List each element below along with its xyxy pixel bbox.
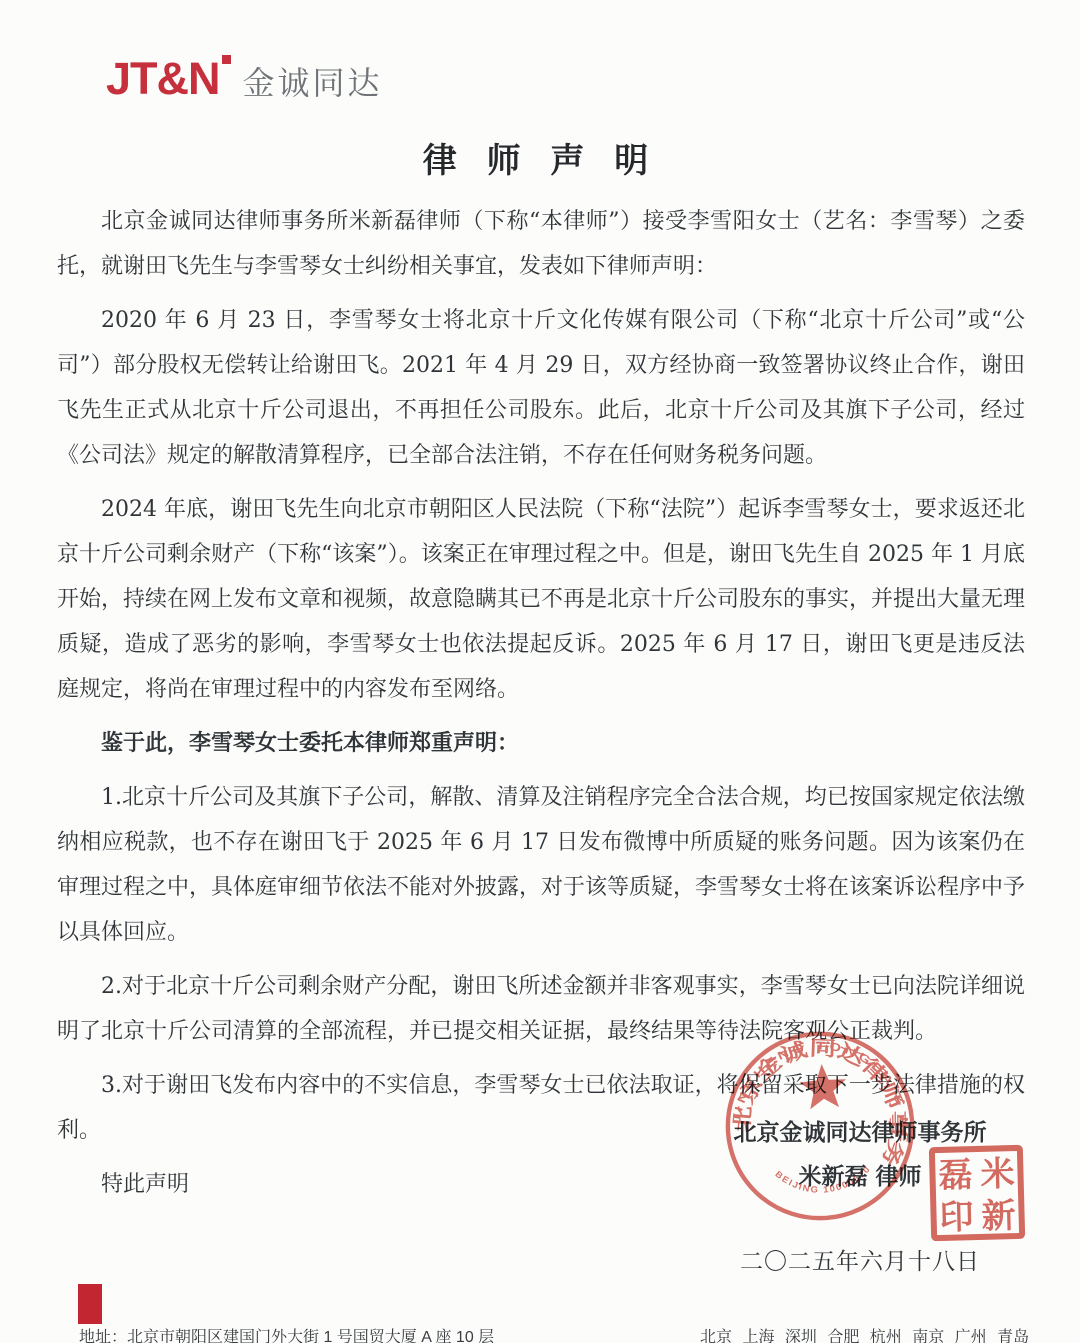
square-seal-char-bottom-left: 印 [939,1197,974,1238]
footer-address: 地址：北京市朝阳区建国门外大街 1 号国贸大厦 A 座 10 层 [79,1324,494,1343]
square-seal-char-bottom-right: 新 [981,1196,1016,1237]
statement-item-1: 1.北京十斤公司及其旗下子公司，解散、清算及注销程序完全合法合规，均已按国家规定… [57,775,1025,955]
signature-date: 二〇二五年六月十八日 [610,1243,1080,1276]
paragraph-background-1: 2020 年 6 月 23 日，李雪琴女士将北京十斤文化传媒有限公司（下称“北京… [57,298,1025,478]
logo-latin-text: JT&N [106,56,220,101]
square-seal-char-top-right: 米 [980,1154,1015,1195]
paragraph-background-2: 2024 年底，谢田飞先生向北京市朝阳区人民法院（下称“法院”）起诉李雪琴女士，… [57,487,1025,712]
lawyer-square-seal: 磊 米 印 新 [927,1143,1028,1244]
square-seal-char-top-left: 磊 [938,1155,973,1196]
document-page: JT&N 金诚同达 律 师 声 明 北京金诚同达律师事务所米新磊律师（下称“本律… [0,0,1080,1343]
star-icon [798,1062,848,1109]
footer-accent-square-icon [78,1284,102,1324]
seal-bottom-number: BEIJING 10000670 [773,1162,874,1198]
logo-accent-square-icon [222,55,231,64]
law-firm-round-seal: JINCHENG TONGDA & NEAL LAW FIRM 北京金诚同达律师… [715,1021,924,1230]
firm-logo: JT&N 金诚同达 [106,56,383,101]
svg-text:BEIJING 10000670: BEIJING 10000670 [773,1162,874,1198]
footer-office-cities: 北京 上海 深圳 合肥 杭州 南京 广州 青岛 [700,1324,1029,1343]
paragraph-intro: 北京金诚同达律师事务所米新磊律师（下称“本律师”）接受李雪阳女士（艺名：李雪琴）… [57,199,1025,289]
logo-chinese-text: 金诚同达 [243,67,383,99]
paragraph-declaration-lead: 鉴于此，李雪琴女士委托本律师郑重声明： [57,721,1025,766]
